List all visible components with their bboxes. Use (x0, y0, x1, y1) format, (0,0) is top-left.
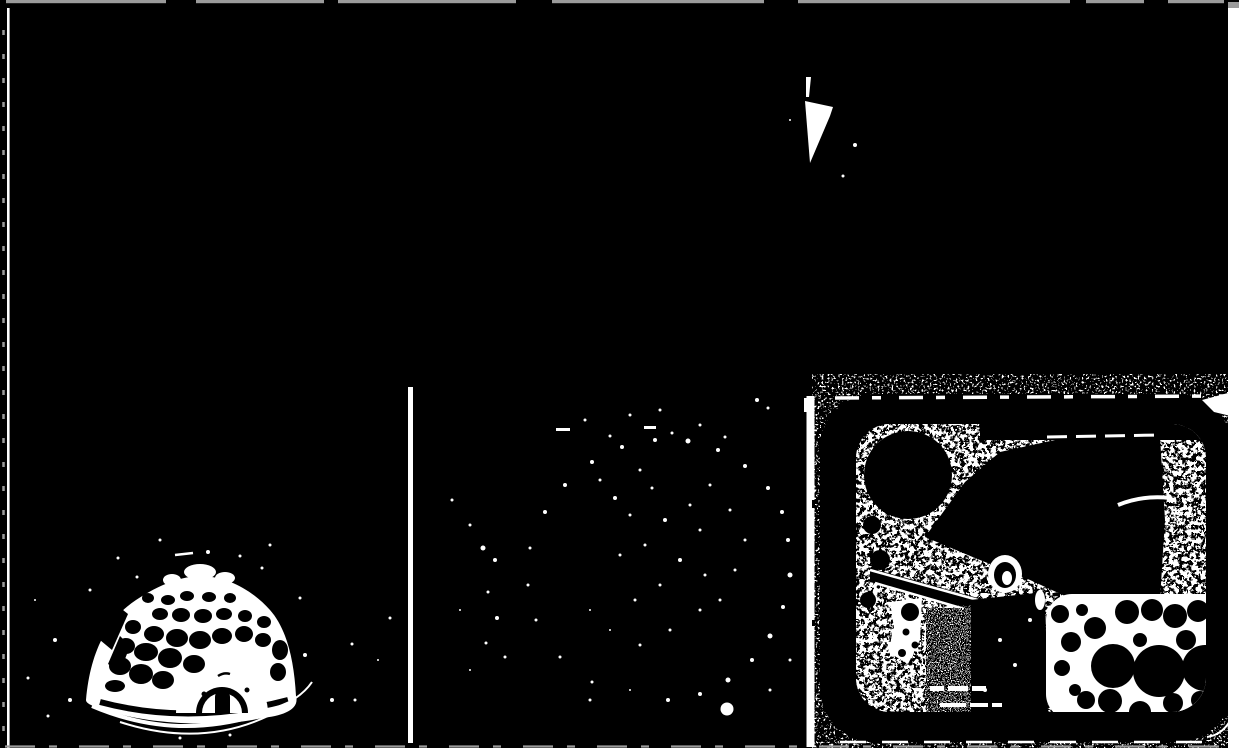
bottom-right-photo-tray (812, 376, 1239, 746)
left-film-edge-line (7, 8, 10, 748)
tray-interior (856, 418, 1232, 723)
ring-detail (988, 555, 1022, 593)
white-oval (1035, 590, 1045, 610)
photo-plate-svg (0, 0, 1239, 748)
right-margin-strip (1228, 2, 1239, 748)
bright-spot (721, 703, 734, 716)
fine-texture-noise (926, 608, 970, 712)
scanned-photo-page (0, 0, 1239, 748)
dark-lower-block (968, 592, 1048, 712)
vertical-gutter-left (408, 387, 413, 743)
